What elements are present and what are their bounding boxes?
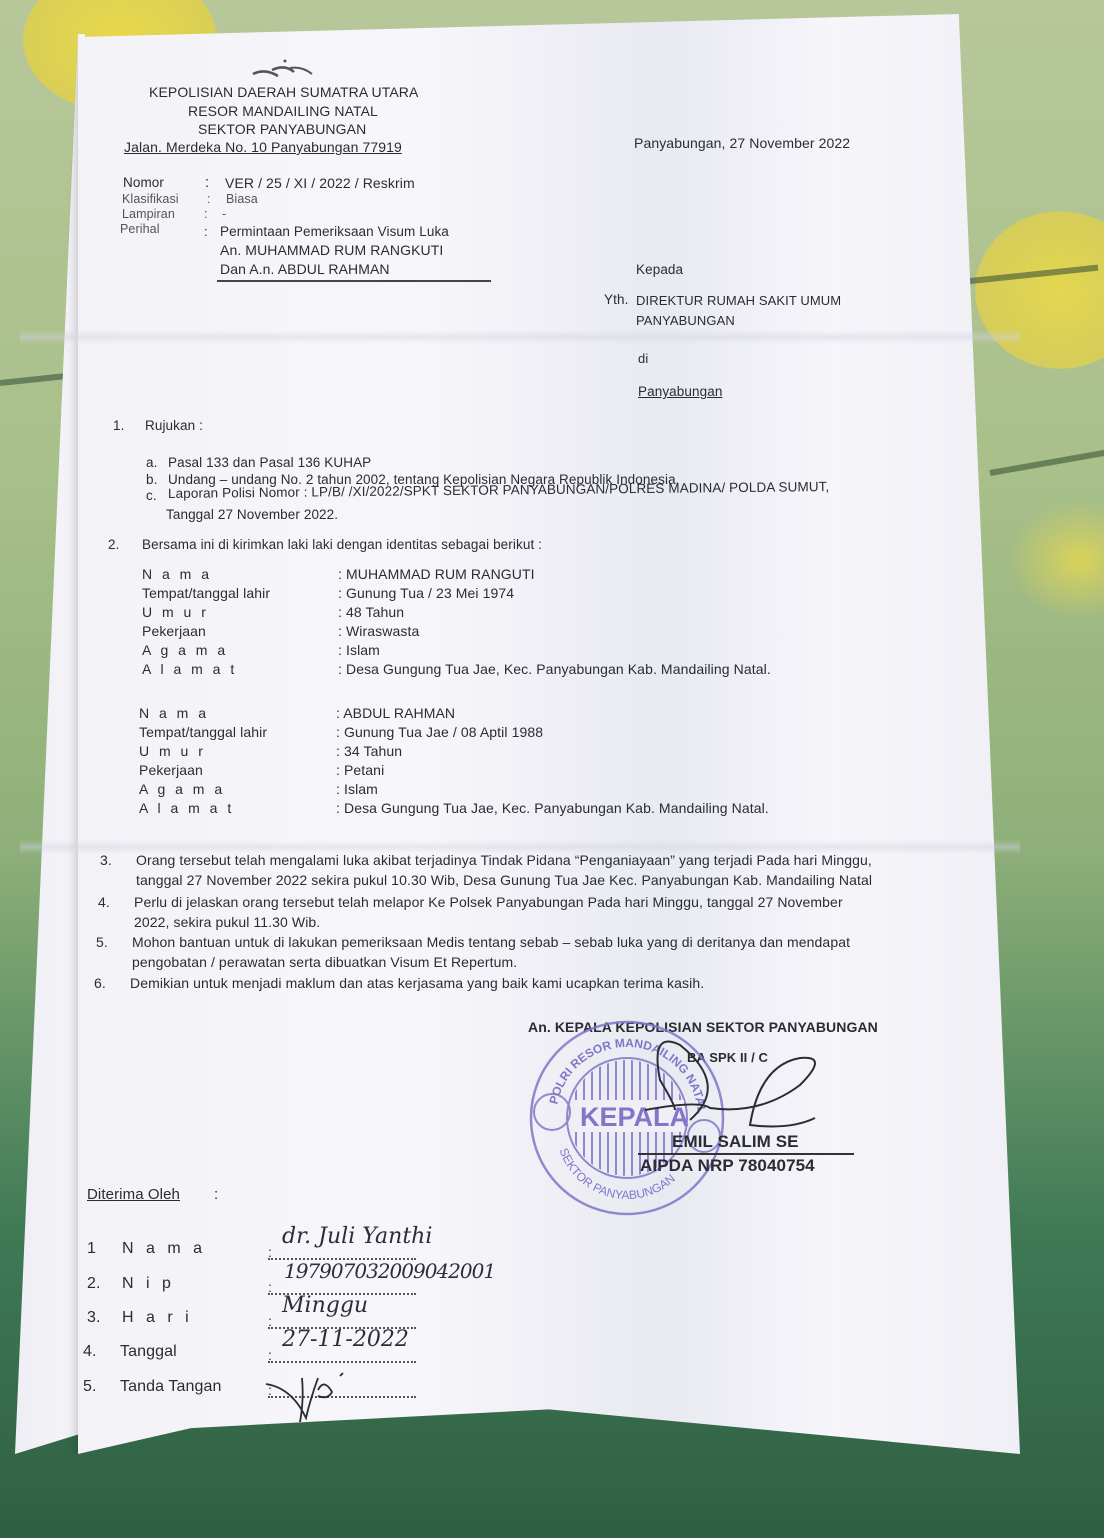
perihal-line2: An. MUHAMMAD RUM RANGKUTI — [220, 242, 443, 258]
kepada-label: Kepada — [636, 262, 683, 277]
person-field-value: : ABDUL RAHMAN — [336, 705, 455, 721]
receipt-row-number: 1 — [87, 1240, 96, 1258]
section1-title: Rujukan : — [145, 418, 203, 433]
receipt-row-number: 2. — [87, 1275, 101, 1293]
perihal-colon: : — [204, 224, 208, 239]
signature-scribble — [640, 1030, 840, 1140]
rujukan-a-text: Pasal 133 dan Pasal 136 KUHAP — [168, 455, 371, 470]
section2-text: Bersama ini di kirimkan laki laki dengan… — [142, 537, 542, 552]
nomor-value: VER / 25 / XI / 2022 / Reskrim — [225, 175, 415, 191]
receiver-signature — [262, 1370, 352, 1430]
point-text-line: pengobatan / perawatan serta dibuatkan V… — [132, 954, 517, 970]
place-date: Panyabungan, 27 November 2022 — [634, 135, 850, 151]
receipt-row-number: 3. — [87, 1309, 101, 1327]
receipt-title-colon: : — [214, 1186, 218, 1203]
klasifikasi-value: Biasa — [226, 192, 258, 206]
person-field-label: Tempat/tanggal lahir — [142, 585, 270, 601]
rujukan-a-letter: a. — [146, 455, 157, 470]
person-field-value: : Islam — [338, 642, 380, 658]
yth-label: Yth. — [604, 292, 628, 307]
receipt-row-label: H a r i — [122, 1309, 193, 1327]
person-field-label: Pekerjaan — [139, 762, 203, 778]
receipt-row-label: Tanda Tangan — [120, 1378, 221, 1396]
letterhead-address: Jalan. Merdeka No. 10 Panyabungan 77919 — [124, 139, 402, 155]
letterhead-line1: KEPOLISIAN DAERAH SUMATRA UTARA — [149, 84, 418, 100]
person-field-value: : 34 Tahun — [336, 743, 402, 759]
point-text-line: Orang tersebut telah mengalami luka akib… — [136, 852, 872, 868]
person-field-value: : Islam — [336, 781, 378, 797]
perihal-label: Perihal — [120, 222, 160, 236]
person-field-value: : Petani — [336, 762, 384, 778]
letterhead-line2: RESOR MANDAILING NATAL — [188, 103, 378, 119]
receipt-handwritten-value: Minggu — [282, 1293, 368, 1318]
receipt-handwritten-value: 197907032009042001 — [284, 1259, 495, 1283]
point-number: 5. — [96, 934, 108, 950]
person-field-value: : Desa Gungung Tua Jae, Kec. Panyabungan… — [336, 800, 769, 816]
nomor-colon: : — [205, 175, 209, 191]
receipt-row-number: 4. — [83, 1343, 97, 1361]
recipient-line2: PANYABUNGAN — [636, 313, 735, 328]
person-field-label: U m u r — [139, 743, 206, 759]
receipt-handwritten-value: 27-11-2022 — [282, 1327, 409, 1352]
receipt-row-number: 5. — [83, 1378, 97, 1396]
rujukan-c-letter: c. — [146, 488, 157, 503]
person-field-label: U m u r — [142, 604, 209, 620]
receipt-colon: : — [268, 1244, 272, 1260]
person-field-value: : Gunung Tua Jae / 08 Aptil 1988 — [336, 724, 543, 740]
person-field-value: : 48 Tahun — [338, 604, 404, 620]
nomor-label: Nomor — [123, 175, 164, 190]
receipt-handwritten-value: dr. Juli Yanthi — [282, 1224, 432, 1249]
person-field-label: N a m a — [139, 705, 209, 721]
person-field-label: A g a m a — [142, 642, 228, 658]
person-field-label: N a m a — [142, 566, 212, 582]
receipt-row-label: Tanggal — [120, 1343, 177, 1361]
point-text-line: Demikian untuk menjadi maklum dan atas k… — [130, 975, 704, 991]
signatory-name: EMIL SALIM SE — [672, 1132, 799, 1152]
person-field-value: : MUHAMMAD RUM RANGUTI — [338, 566, 535, 582]
point-text-line: 2022, sekira pukul 11.30 Wib. — [134, 914, 320, 930]
section2-number: 2. — [108, 537, 119, 552]
person-field-label: A l a m a t — [139, 800, 234, 816]
klasifikasi-label: Klasifikasi — [122, 192, 179, 206]
receipt-colon: : — [268, 1347, 272, 1363]
receipt-colon: : — [268, 1279, 272, 1295]
rujukan-c-cont: Tanggal 27 November 2022. — [166, 507, 338, 522]
perihal-underline — [217, 280, 491, 282]
person-field-value: : Wiraswasta — [338, 623, 419, 639]
point-number: 4. — [98, 894, 110, 910]
point-text-line: Perlu di jelaskan orang tersebut telah m… — [134, 894, 843, 910]
point-text-line: tanggal 27 November 2022 sekira pukul 10… — [136, 872, 872, 888]
receipt-row-label: N a m a — [122, 1240, 206, 1258]
person-field-label: Pekerjaan — [142, 623, 206, 639]
point-text-line: Mohon bantuan untuk di lakukan pemeriksa… — [132, 934, 850, 950]
lampiran-value: - — [222, 207, 226, 221]
signatory-underline — [638, 1153, 854, 1155]
rujukan-b-letter: b. — [146, 472, 157, 487]
person-field-value: : Gunung Tua / 23 Mei 1974 — [338, 585, 514, 601]
person-field-label: A l a m a t — [142, 661, 237, 677]
receipt-title: Diterima Oleh — [87, 1186, 180, 1203]
klasifikasi-colon: : — [207, 192, 211, 206]
di-label: di — [638, 351, 648, 366]
recipient-line1: DIREKTUR RUMAH SAKIT UMUM — [636, 293, 841, 308]
person-field-value: : Desa Gungung Tua Jae, Kec. Panyabungan… — [338, 661, 771, 677]
section1-number: 1. — [113, 418, 124, 433]
receipt-row-label: N i p — [122, 1275, 175, 1293]
person-field-label: A g a m a — [139, 781, 225, 797]
perihal-line3: Dan A.n. ABDUL RAHMAN — [220, 261, 390, 277]
perihal-line1: Permintaan Pemeriksaan Visum Luka — [220, 224, 449, 239]
lampiran-label: Lampiran — [122, 207, 175, 221]
letter-document: KEPOLISIAN DAERAH SUMATRA UTARA RESOR MA… — [0, 0, 1104, 1538]
signatory-rank-nrp: AIPDA NRP 78040754 — [640, 1156, 815, 1176]
letterhead-line3: SEKTOR PANYABUNGAN — [198, 121, 366, 137]
person-field-label: Tempat/tanggal lahir — [139, 724, 267, 740]
point-number: 6. — [94, 975, 106, 991]
point-number: 3. — [100, 852, 112, 868]
recipient-city: Panyabungan — [638, 384, 722, 399]
receipt-colon: : — [268, 1313, 272, 1329]
emblem-icon — [250, 58, 320, 82]
lampiran-colon: : — [204, 207, 208, 221]
